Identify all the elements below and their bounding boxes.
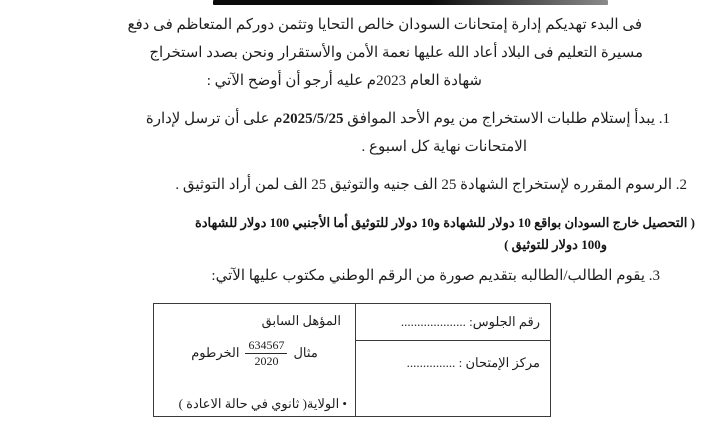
item-1-date: 2025/5/25 [283,111,344,127]
item-2-line: 2. الرسوم المقرره لإستخراج الشهادة 25 ال… [175,175,687,195]
item-1-text-after-date: م على أن ترسل لإدارة [146,111,283,127]
fees-note-line-2: و100 دولار للتوثيق ) [504,236,607,254]
example-prefix-label: مثال [293,345,317,361]
letterhead-divider-bar [213,0,608,5]
state-footnote: • الولاية( ثانوي في حالة الاعادة ) [160,396,347,412]
item-1-line-1: 1. يبدأ إستلام طلبات الاستخراج من يوم ال… [146,109,670,129]
example-city-label: الخرطوم [191,345,239,361]
fraction-denominator: 2020 [254,354,278,368]
seat-number-cell: رقم الجلوس: .................... [356,304,550,341]
national-number-details-table: رقم الجلوس: .................... مركز ال… [153,303,551,417]
previous-qualification-label: المؤهل السابق [154,304,355,329]
previous-qualification-cell: المؤهل السابق مثال 634567 2020 الخرطوم •… [154,304,355,416]
qualification-example: مثال 634567 2020 الخرطوم [154,339,355,367]
exam-center-cell: مركز الإمتحان : ............... [356,341,550,416]
item-1-line-2: الامتحانات نهاية كل اسبوع . [362,137,528,157]
item-3-line: 3. يقوم الطالب/الطالبه بتقديم صورة من ال… [211,266,660,286]
scanned-letter-page: فى البدء تهديكم إدارة إمتحانات السودان خ… [0,0,720,430]
intro-line-1: فى البدء تهديكم إدارة إمتحانات السودان خ… [127,15,642,35]
intro-line-3: شهادة العام 2023م عليه أرجو أن أوضح الآت… [207,71,482,91]
seat-info-column: رقم الجلوس: .................... مركز ال… [355,304,550,416]
item-1-text-before-date: 1. يبدأ إستلام طلبات الاستخراج من يوم ال… [343,111,670,127]
seat-number-year-fraction: 634567 2020 [245,339,287,367]
intro-line-2: مسيرة التعليم فى البلاد أعاد الله عليها … [149,43,643,63]
fraction-numerator: 634567 [245,339,287,354]
fees-note-line-1: ( التحصيل خارج السودان بواقع 10 دولار لل… [195,214,695,232]
